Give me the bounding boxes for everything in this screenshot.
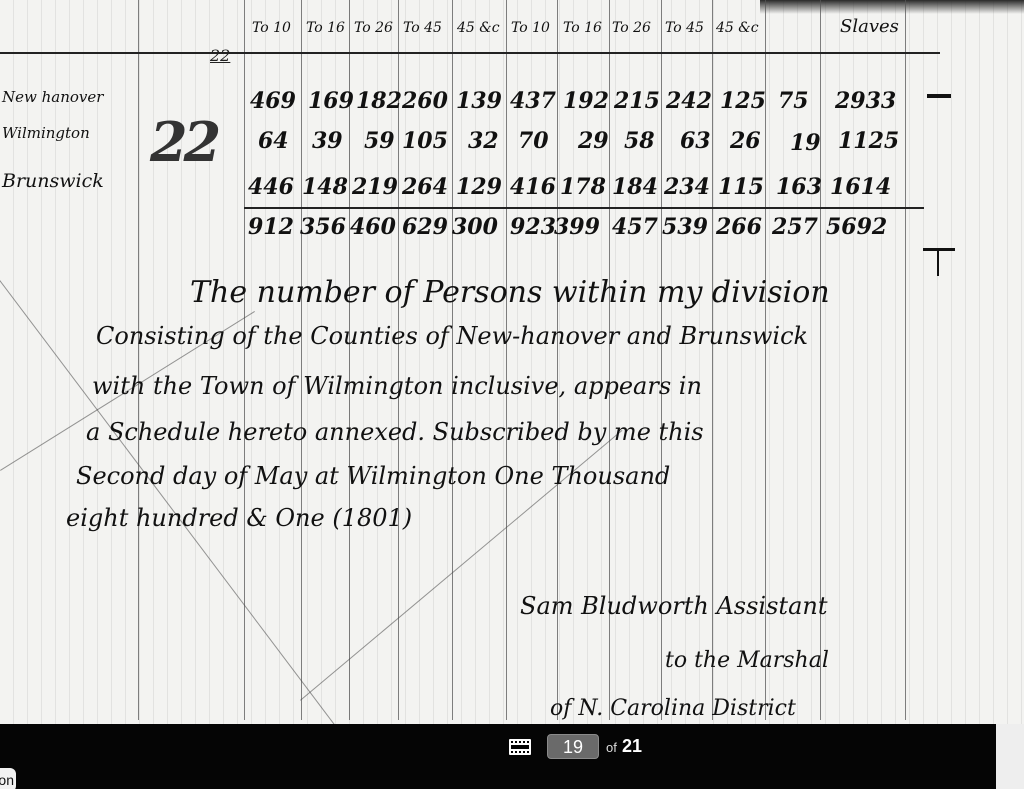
cell: 75 [778, 88, 809, 114]
cell: 163 [776, 174, 822, 200]
ruling-line [905, 0, 906, 720]
col-header: To 45 [403, 20, 442, 36]
current-page-input[interactable]: 19 [547, 734, 599, 759]
margin-tee [923, 248, 955, 251]
viewer-toolbar [0, 724, 996, 789]
prose-line: Second day of May at Wilmington One Thou… [76, 462, 670, 490]
cell: 63 [680, 128, 711, 154]
cell: 234 [664, 174, 710, 200]
col-header: 45 &c [716, 20, 759, 36]
cell: 264 [402, 174, 448, 200]
cell: 437 [510, 88, 556, 114]
cell: 192 [563, 88, 609, 114]
cell: 469 [250, 88, 296, 114]
cell: 184 [612, 174, 658, 200]
cell: 416 [510, 174, 556, 200]
ruling-line [244, 0, 245, 720]
cell: 215 [614, 88, 660, 114]
county-name: Wilmington [2, 124, 90, 142]
total-cell: 539 [662, 214, 708, 240]
total-cell: 912 [248, 214, 294, 240]
col-header: To 26 [354, 20, 393, 36]
col-header: 45 &c [457, 20, 500, 36]
col-header: To 45 [665, 20, 704, 36]
signature-title: to the Marshal [665, 648, 829, 673]
county-name: New hanover [2, 88, 103, 106]
cell: 260 [402, 88, 448, 114]
total-cell: 457 [612, 214, 658, 240]
total-cell: 300 [452, 214, 498, 240]
signature-name: Sam Bludworth Assistant [520, 592, 827, 620]
corner-button[interactable]: on [0, 768, 16, 789]
prose-line: eight hundred & One (1801) [66, 504, 412, 532]
cell: 219 [352, 174, 398, 200]
cell: 39 [312, 128, 343, 154]
cell: 115 [718, 174, 764, 200]
cell: 148 [302, 174, 348, 200]
cell: 26 [730, 128, 761, 154]
margin-tee [937, 248, 939, 276]
total-cell: 399 [554, 214, 600, 240]
total-cell: 460 [350, 214, 396, 240]
cell: 139 [456, 88, 502, 114]
cell: 446 [248, 174, 294, 200]
page-number-large: 22 [150, 110, 217, 174]
cell: 58 [624, 128, 655, 154]
cell: 242 [666, 88, 712, 114]
ruling-line [506, 0, 507, 720]
cell: 64 [258, 128, 289, 154]
cell: 105 [402, 128, 448, 154]
cell: 32 [468, 128, 499, 154]
total-pages: 21 [622, 736, 642, 757]
col-header: To 26 [612, 20, 651, 36]
ruling-line [138, 0, 139, 720]
ruling-line [452, 0, 453, 720]
cell: 29 [578, 128, 609, 154]
page-number-small: 22 [210, 46, 230, 65]
cell: 19 [790, 130, 821, 156]
cell: 1614 [830, 174, 891, 200]
cell: 169 [308, 88, 354, 114]
col-header: To 16 [306, 20, 345, 36]
total-cell: 923 [510, 214, 556, 240]
prose-line: a Schedule hereto annexed. Subscribed by… [86, 418, 704, 446]
cell: 178 [560, 174, 606, 200]
col-header: To 10 [511, 20, 550, 36]
cell: 70 [518, 128, 549, 154]
of-label: of [606, 740, 617, 755]
col-header: To 10 [252, 20, 291, 36]
header-rule [0, 52, 940, 54]
page-edge [996, 724, 1024, 789]
total-cell: 257 [772, 214, 818, 240]
col-header: To 16 [563, 20, 602, 36]
prose-line: Consisting of the Counties of New-hanove… [96, 322, 808, 350]
signature-district: of N. Carolina District [550, 696, 796, 721]
prose-line: with the Town of Wilmington inclusive, a… [92, 372, 702, 400]
total-cell: 266 [716, 214, 762, 240]
scan-shadow [760, 0, 1024, 14]
cell: 129 [456, 174, 502, 200]
cell: 1125 [838, 128, 899, 154]
cell: 2933 [835, 88, 896, 114]
total-cell: 5692 [826, 214, 887, 240]
col-header-slaves: Slaves [840, 16, 899, 37]
ruling-line [301, 0, 302, 720]
document-image: To 10 To 16 To 26 To 45 45 &c To 10 To 1… [0, 0, 1024, 789]
prose-line: The number of Persons within my division [190, 275, 830, 310]
margin-dash [927, 94, 951, 98]
total-cell: 629 [402, 214, 448, 240]
filmstrip-icon[interactable] [509, 739, 531, 755]
cell: 182 [356, 88, 402, 114]
cell: 59 [364, 128, 395, 154]
totals-rule [244, 207, 924, 209]
county-name: Brunswick [2, 170, 104, 192]
cell: 125 [720, 88, 766, 114]
total-cell: 356 [300, 214, 346, 240]
